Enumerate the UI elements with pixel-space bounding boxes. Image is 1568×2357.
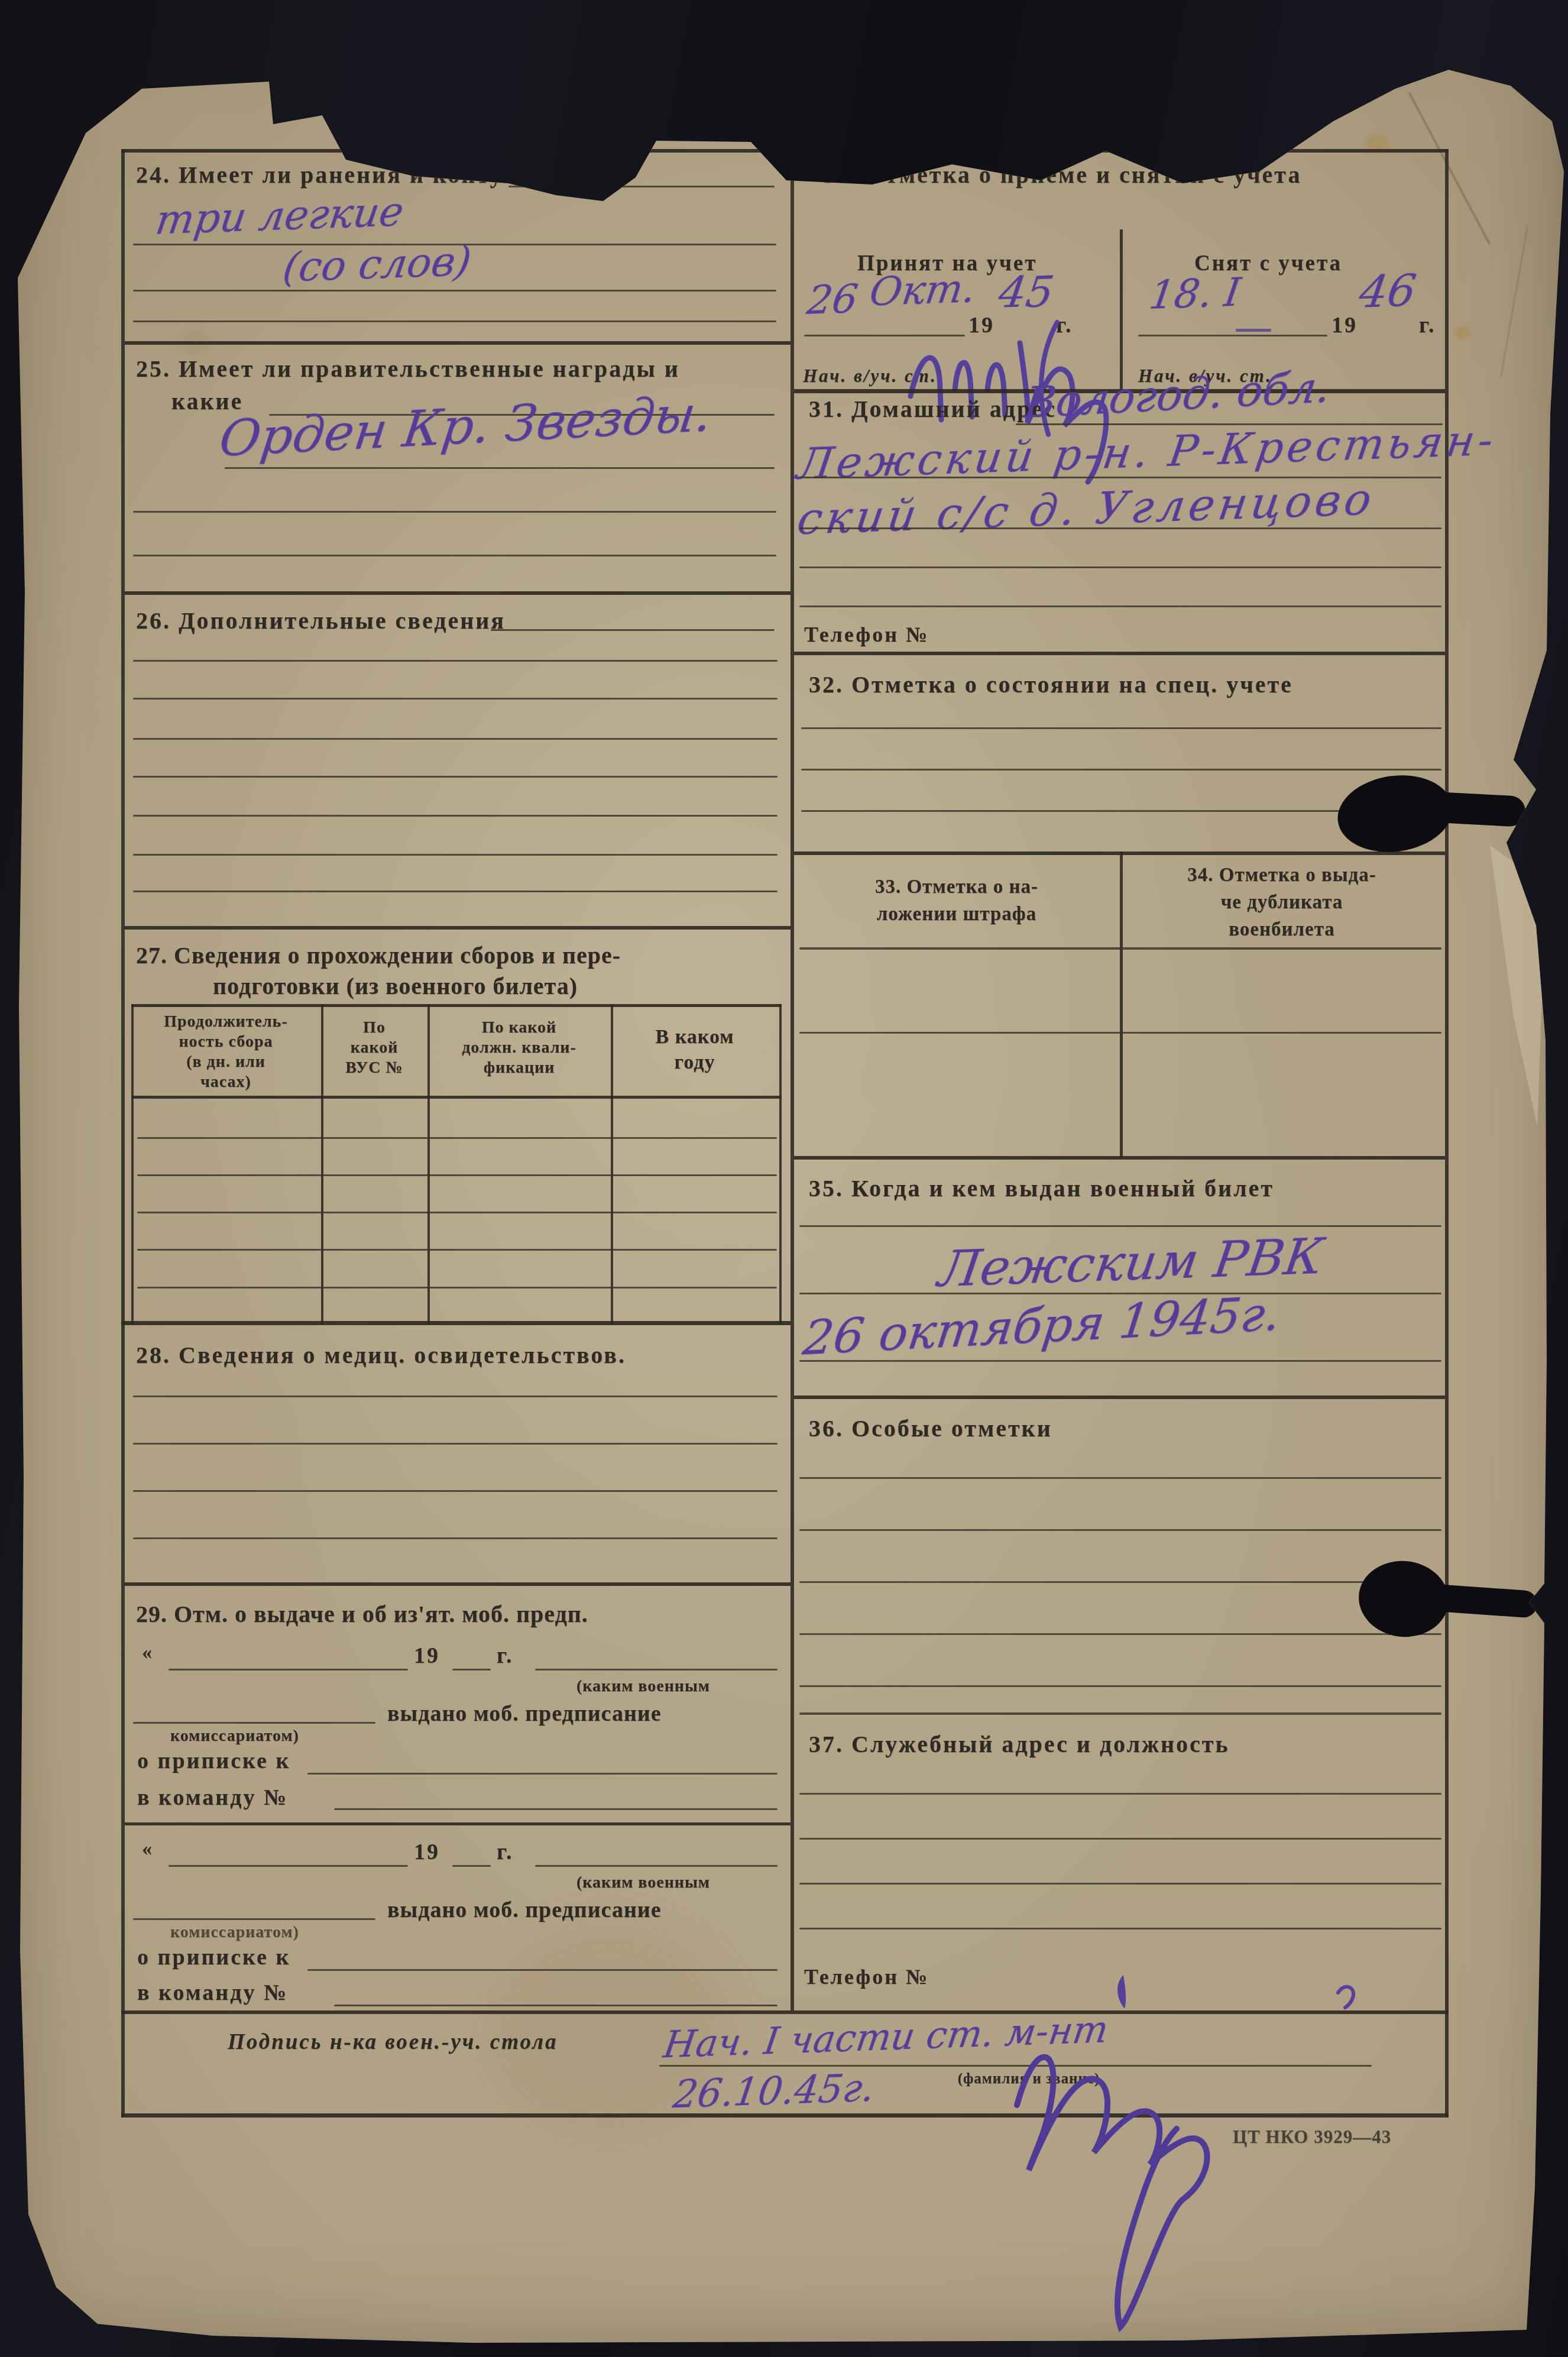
paper-crease — [1408, 92, 1491, 244]
ruled-line — [508, 186, 775, 187]
training-table-header-line — [131, 1096, 782, 1099]
commissariat-note-1: (каким военным — [576, 1873, 710, 1892]
year-suffix: г. — [1419, 312, 1436, 338]
table-row-line — [137, 1212, 777, 1213]
ruled-line — [133, 815, 777, 817]
table-row-line — [137, 1249, 777, 1251]
training-table-top — [131, 1004, 782, 1007]
quote-mark: « — [142, 1642, 154, 1664]
col-duration-header: Продолжитель- — [164, 1012, 288, 1031]
field-25-handwriting: Орден Кр. Звезды. — [216, 384, 715, 468]
ruled-line — [133, 320, 776, 322]
field-26-label: 26. Дополнительные сведения — [136, 607, 506, 634]
col-duration-header: (в дн. или — [186, 1053, 265, 1071]
paper-sheet: 24. Имеет ли ранения и контузии три легк… — [0, 0, 1568, 2357]
print-code: ЦТ НКО 3929—43 — [1233, 2126, 1391, 2148]
ruled-line — [169, 1865, 408, 1867]
col-year-header: году — [675, 1051, 715, 1074]
ruled-line — [133, 891, 777, 892]
team-number-label: в команду № — [137, 1785, 288, 1811]
field-34-label: че дубликата — [1221, 892, 1343, 914]
ruled-line — [334, 2005, 777, 2006]
year-printed: 19 — [1331, 312, 1358, 338]
field-28-label: 28. Сведения о медиц. освидетельствов. — [136, 1341, 626, 1369]
ruled-line — [801, 727, 1441, 729]
field-37-label: 37. Служебный адрес и должность — [809, 1730, 1230, 1758]
ruled-line — [307, 1969, 777, 1971]
section-divider — [121, 1321, 791, 1325]
table-row-line — [137, 1287, 777, 1288]
ruled-line — [133, 776, 777, 778]
ruled-line — [799, 606, 1441, 607]
ruled-line — [133, 555, 776, 556]
attach-to-label: о приписке к — [137, 1748, 290, 1774]
ruled-line — [799, 1793, 1441, 1795]
ruled-line — [169, 1669, 408, 1670]
field-34-label: военбилета — [1229, 919, 1335, 941]
ruled-line — [799, 1529, 1441, 1531]
field-36-label: 36. Особые отметки — [809, 1414, 1052, 1442]
ruled-line — [799, 1883, 1441, 1885]
field-33-label: ложении штрафа — [877, 904, 1036, 925]
accepted-day-handwriting: 26 — [804, 276, 860, 323]
commissariat-note-1: (каким военным — [576, 1677, 710, 1696]
ruled-line — [799, 1581, 1441, 1583]
ruled-line — [452, 1669, 491, 1670]
year-suffix: г. — [497, 1839, 513, 1865]
col-duration-header: часах) — [200, 1073, 251, 1092]
ruled-line — [133, 698, 777, 700]
field-27-label-2: подготовки (из военного билета) — [213, 972, 578, 1000]
ruled-line — [133, 290, 776, 292]
military-ticket-handwriting-2: 26 октября 1945г. — [800, 1286, 1284, 1366]
ruled-line — [799, 1685, 1441, 1687]
ruled-line — [225, 467, 775, 469]
field-35-label: 35. Когда и кем выдан военный билет — [809, 1174, 1274, 1202]
ruled-line — [801, 769, 1441, 770]
column-divider — [791, 149, 794, 2010]
field-33-label: 33. Отметка о на- — [875, 876, 1038, 898]
ruled-line — [133, 1537, 777, 1539]
section-divider — [125, 1582, 791, 1586]
ruled-line — [133, 1918, 375, 1920]
col-qualification-header: должн. квали- — [462, 1038, 576, 1057]
section-divider — [794, 652, 1445, 655]
paper-tear-flap — [1478, 840, 1549, 1129]
col-vus-header: какой — [351, 1038, 399, 1057]
ruled-line — [452, 1865, 491, 1867]
ruled-line — [799, 1838, 1441, 1840]
ruled-line — [133, 511, 776, 513]
ruled-line — [799, 566, 1441, 568]
table-row-line — [137, 1137, 777, 1139]
ruled-line — [799, 527, 1441, 529]
commissariat-note-2: комиссариатом) — [170, 1923, 299, 1942]
field-25-label: 25. Имеет ли правительственные награды и — [136, 355, 680, 383]
ruled-line — [535, 1669, 777, 1670]
field-24-label: 24. Имеет ли ранения и контузии — [136, 161, 546, 189]
signature-block-label: Подпись н-ка воен.-уч. стола — [228, 2029, 558, 2055]
section-divider — [125, 341, 791, 345]
year-suffix: г. — [497, 1643, 513, 1669]
paper-hole-channel — [1413, 791, 1526, 827]
col-year-header: В каком — [656, 1026, 734, 1048]
ruled-line — [133, 1396, 777, 1397]
issued-mob-order-label: выдано моб. предписание — [387, 1897, 662, 1923]
field-24-handwriting-2: (со слов) — [280, 238, 475, 292]
field-32-label: 32. Отметка о состоянии на спец. учете — [809, 671, 1293, 698]
col-qualification-header: фикации — [484, 1058, 555, 1077]
ruled-line — [799, 1225, 1441, 1227]
field-29-label: 29. Отм. о выдаче и об из'ят. моб. предп… — [136, 1600, 588, 1628]
section-divider — [125, 926, 791, 930]
ruled-line — [491, 629, 775, 631]
ruled-line — [799, 1928, 1441, 1929]
col-vus-header: По — [363, 1018, 385, 1037]
year-printed: 19 — [414, 1643, 440, 1669]
roman-numeral-underline — [1236, 329, 1271, 332]
official-signature — [981, 2005, 1313, 2336]
ruled-line — [799, 1712, 1441, 1715]
table-border-top — [121, 149, 1449, 153]
attach-to-label: о приписке к — [137, 1944, 290, 1970]
field-34-label: 34. Отметка о выда- — [1187, 865, 1376, 886]
removed-year-handwriting: 46 — [1356, 265, 1420, 318]
ruled-line — [799, 1360, 1441, 1362]
ruled-line — [133, 1722, 375, 1724]
table-row-line — [137, 1174, 777, 1176]
ruled-line — [133, 854, 777, 856]
field-30-label: 30. Отметка о приеме и снятии с учета — [823, 161, 1301, 189]
ruled-line — [799, 1633, 1441, 1635]
paper-crease — [1500, 226, 1528, 377]
field-31-label: 31. Домашний адрес — [809, 395, 1057, 423]
field-33-34-divider — [1120, 852, 1123, 1158]
ruled-line — [799, 1477, 1441, 1479]
date-handwriting: 26.10.45г. — [670, 2066, 877, 2117]
year-printed: 19 — [414, 1839, 440, 1865]
phone-label: Телефон № — [804, 1964, 929, 1989]
ruled-line — [133, 738, 777, 740]
issued-mob-order-label: выдано моб. предписание — [387, 1701, 662, 1727]
field-27-label: 27. Сведения о прохождении сборов и пере… — [136, 941, 621, 969]
training-table-left — [131, 1004, 134, 1325]
ruled-line — [133, 1443, 777, 1445]
col-qualification-header: По какой — [482, 1018, 556, 1037]
field-24-handwriting-1: три легкие — [153, 189, 406, 244]
col-vus-header: ВУС № — [345, 1058, 403, 1077]
col-duration-header: ность сбора — [179, 1032, 273, 1051]
section-divider — [794, 1396, 1445, 1399]
scan-background: 24. Имеет ли ранения и контузии три легк… — [0, 0, 1568, 2357]
phone-label: Телефон № — [804, 622, 929, 647]
ruled-line — [799, 947, 1441, 950]
training-table-col-divider — [427, 1004, 430, 1325]
ruled-line — [133, 1490, 777, 1492]
ruled-line — [535, 1865, 777, 1867]
paper-stain — [1454, 326, 1470, 339]
commissariat-note-2: комиссариатом) — [170, 1727, 299, 1746]
team-number-label: в команду № — [137, 1980, 288, 2006]
training-table-right — [779, 1004, 782, 1325]
section-divider — [125, 591, 791, 595]
section-divider — [794, 1156, 1445, 1160]
training-table-col-divider — [321, 1004, 323, 1325]
ruled-line — [799, 1032, 1441, 1034]
ruled-line — [133, 660, 777, 662]
ruled-line — [334, 1808, 777, 1810]
ink-mark — [1333, 1981, 1360, 2010]
training-table-col-divider — [611, 1004, 613, 1325]
quote-mark: « — [142, 1838, 154, 1860]
sub-divider — [125, 1822, 791, 1825]
ruled-line — [307, 1773, 777, 1775]
